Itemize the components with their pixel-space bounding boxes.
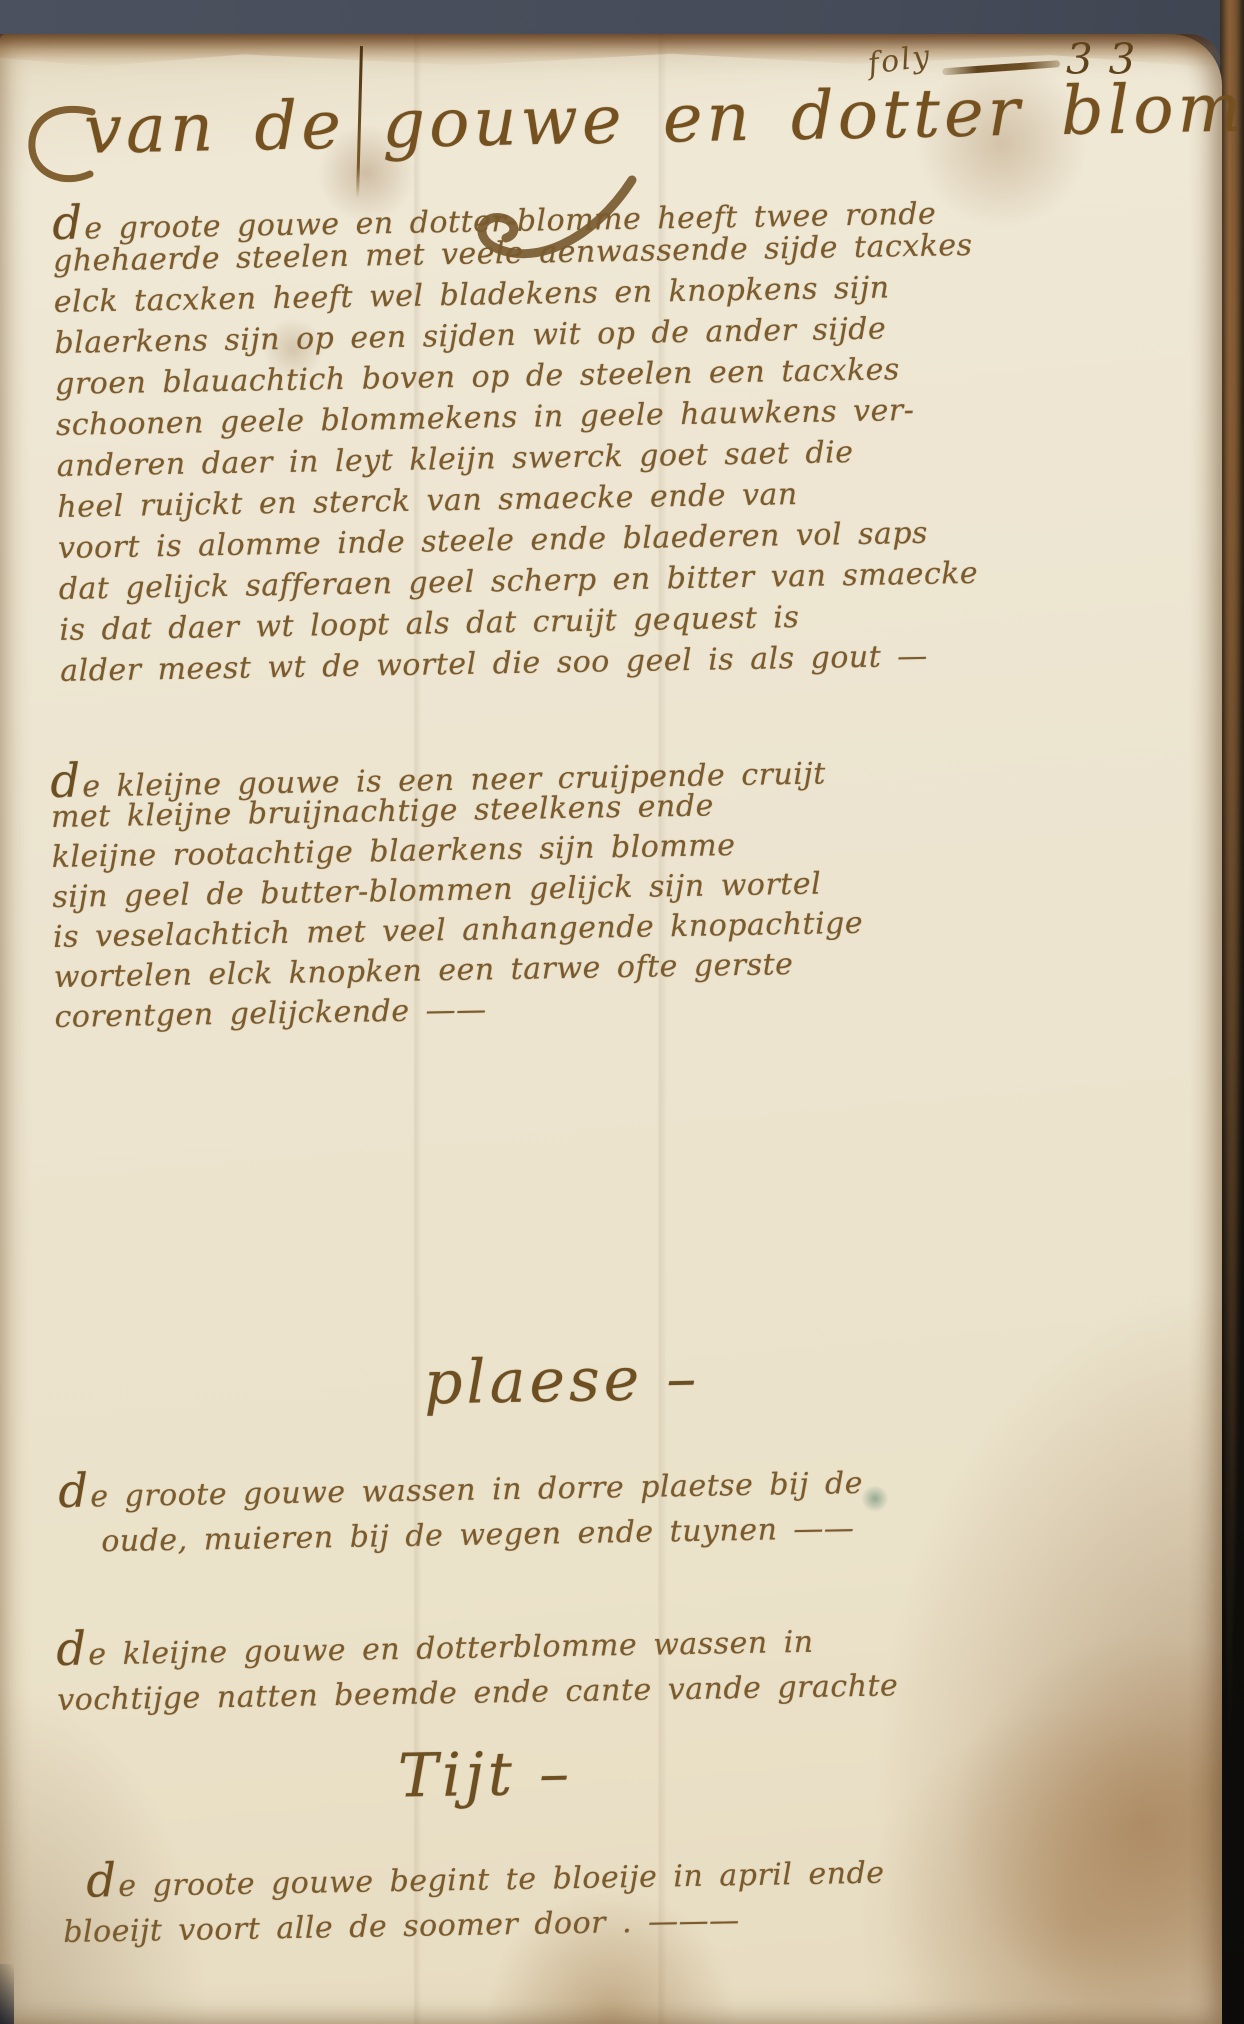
book-binding-edge (1220, 0, 1244, 2024)
photo-background: foly 33 van de gouwe en dotter blom de g… (0, 0, 1244, 2024)
paragraph-great-celandine-description: de groote gouwe en dotter-blomme heeft t… (52, 184, 980, 692)
paragraph-place-small-celandine: de kleijne gouwe en dotterblomme wassen … (56, 1611, 899, 1726)
manuscript-line: de kleijne gouwe is een neer cruijpende … (50, 744, 861, 798)
paragraph-small-celandine-description: de kleijne gouwe is een neer cruijpende … (50, 744, 865, 1038)
paragraph-place-great-celandine: de groote gouwe wassen in dorre plaetse … (58, 1454, 864, 1568)
section-heading-place: plaese – (423, 1344, 700, 1419)
manuscript-page: foly 33 van de gouwe en dotter blom de g… (0, 34, 1222, 2024)
photo-corner-shadow (0, 1964, 14, 2024)
paragraph-flowering-time: de groote gouwe begint te bloeije in apr… (62, 1844, 886, 1958)
section-heading-time: Tijt – (397, 1738, 573, 1811)
page-title: van de gouwe en dotter blom (83, 65, 1204, 172)
